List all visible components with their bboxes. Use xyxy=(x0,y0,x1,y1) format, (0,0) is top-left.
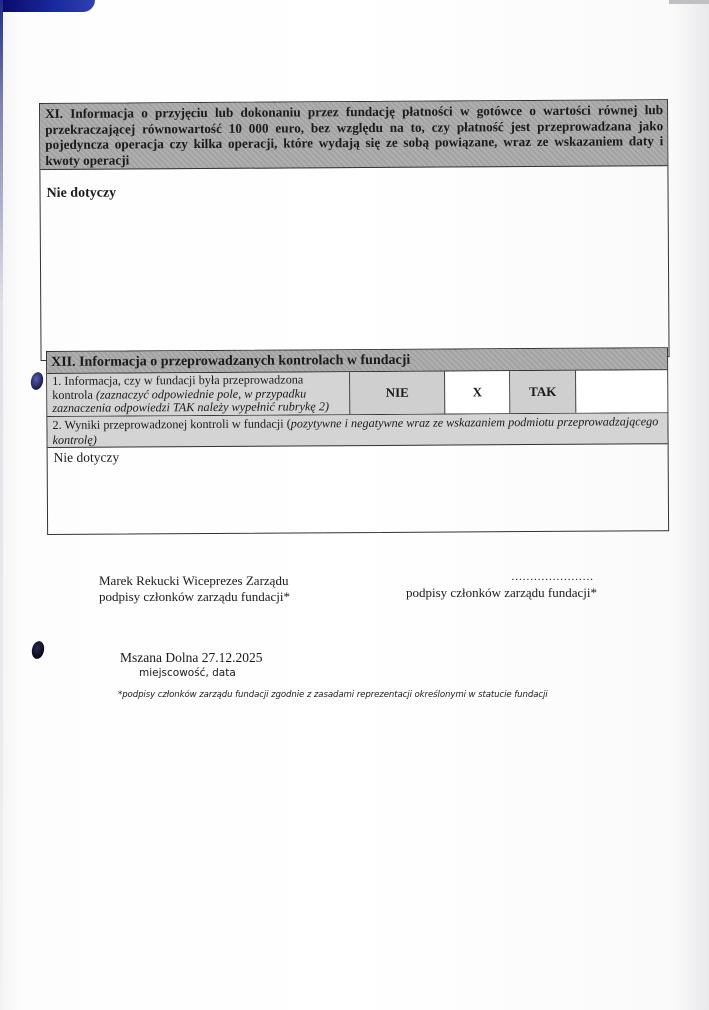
signature-left: Marek Rekucki Wiceprezes Zarządu podpisy… xyxy=(99,573,290,605)
option-yes-label: TAK xyxy=(510,371,576,413)
question-1-row: 1. Informacja, czy w fundacji była przep… xyxy=(47,370,667,417)
option-no-checkbox[interactable]: X xyxy=(445,371,510,413)
place-date-label: miejscowość, data xyxy=(139,667,236,679)
scan-edge-artifact xyxy=(0,0,3,1010)
section-xi-answer-text: Nie dotyczy xyxy=(47,186,117,201)
signature-left-name: Marek Rekucki Wiceprezes Zarządu xyxy=(99,573,290,589)
question-1-label: 1. Informacja, czy w fundacji była przep… xyxy=(47,372,350,416)
signature-right: ...................... podpisy członków … xyxy=(406,569,597,601)
section-xii-box: XII. Informacja o przeprowadzanych kontr… xyxy=(46,347,669,535)
section-xii-answer: Nie dotyczy xyxy=(48,444,669,534)
question-2-label: 2. Wyniki przeprowadzonej kontroli w fun… xyxy=(47,413,667,448)
option-yes-checkbox[interactable] xyxy=(576,370,667,413)
section-xi-box: XI. Informacja o przyjęciu lub dokonaniu… xyxy=(39,99,670,361)
signature-right-line: ...................... xyxy=(406,569,597,585)
document-page: XI. Informacja o przyjęciu lub dokonaniu… xyxy=(0,0,709,1010)
scan-edge-artifact xyxy=(0,0,95,12)
punch-hole-icon xyxy=(29,371,44,391)
section-xi-answer: Nie dotyczy xyxy=(40,166,668,360)
signature-right-label: podpisy członków zarządu fundacji* xyxy=(406,585,597,601)
question-2-text: 2. Wyniki przeprowadzonej kontroli w fun… xyxy=(52,417,290,432)
section-xii-answer-text: Nie dotyczy xyxy=(54,450,120,465)
punch-hole-icon xyxy=(30,640,45,660)
signature-left-label: podpisy członków zarządu fundacji* xyxy=(99,589,290,605)
scan-edge-artifact xyxy=(669,0,709,4)
footnote: *podpisy członków zarządu fundacji zgodn… xyxy=(118,690,548,700)
section-xi-title: XI. Informacja o przyjęciu lub dokonaniu… xyxy=(40,100,667,170)
place-date-value: Mszana Dolna 27.12.2025 xyxy=(120,650,262,666)
option-no-label: NIE xyxy=(350,372,445,415)
